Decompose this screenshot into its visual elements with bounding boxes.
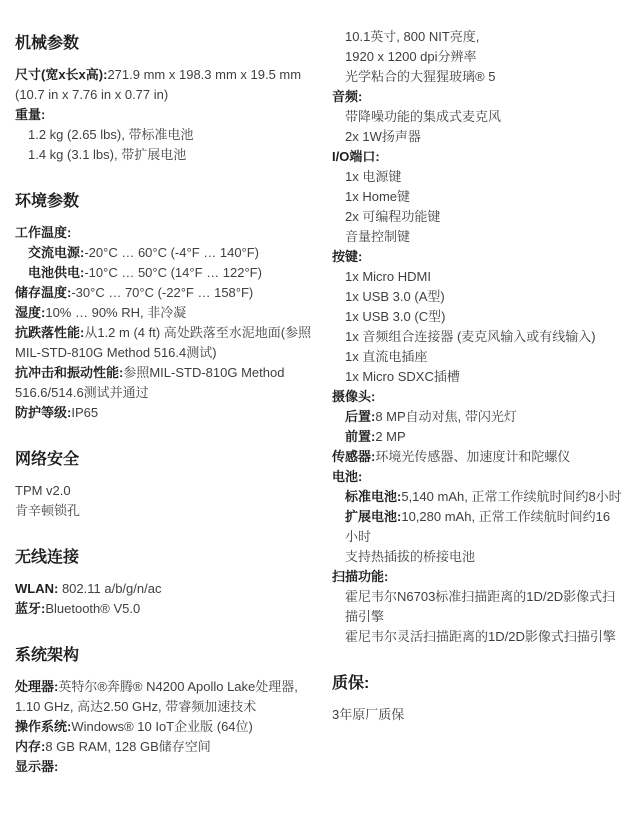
spec-line: 1.2 kg (2.65 lbs), 带标准电池 (15, 125, 317, 145)
spec-value: 英特尔®奔腾® N4200 Apollo Lake处理器, 1.10 GHz, … (15, 679, 298, 714)
spec-line: 3年原厂质保 (332, 705, 622, 725)
spec-label: 电池供电: (28, 265, 84, 280)
spec-line: 音频: (332, 87, 622, 107)
spec-label: 电池: (332, 469, 362, 484)
spec-value: Windows® 10 IoT企业版 (64位) (71, 719, 253, 734)
spec-label: 按键: (332, 249, 362, 264)
left-column: 机械参数尺寸(宽x长x高):271.9 mm x 198.3 mm x 19.5… (15, 0, 317, 777)
spec-line: 扩展电池:10,280 mAh, 正常工作续航时间约16小时 (332, 507, 622, 547)
spec-value: 1x Home键 (345, 189, 410, 204)
spec-line: 交流电源:-20°C … 60°C (-4°F … 140°F) (15, 243, 317, 263)
spec-line: 传感器:环境光传感器、加速度计和陀螺仪 (332, 447, 622, 467)
spec-value: -30°C … 70°C (-22°F … 158°F) (71, 285, 253, 300)
spec-label: 显示器: (15, 759, 58, 774)
section-heading: 机械参数 (15, 34, 317, 54)
spec-section: 10.1英寸, 800 NIT亮度,1920 x 1200 dpi分辨率光学粘合… (332, 27, 622, 647)
spec-line: 1x 电源键 (332, 167, 622, 187)
spec-label: 摄像头: (332, 389, 375, 404)
spec-line: 1.4 kg (3.1 lbs), 带扩展电池 (15, 145, 317, 165)
spec-value: 1x Micro HDMI (345, 269, 431, 284)
spec-label: WLAN: (15, 581, 58, 596)
spec-value: 5,140 mAh, 正常工作续航时间约8小时 (401, 489, 621, 504)
spec-label: 抗跌落性能: (15, 325, 84, 340)
spec-line: 抗冲击和振动性能:参照MIL-STD-810G Method 516.6/514… (15, 363, 317, 403)
spec-value: 8 MP自动对焦, 带闪光灯 (375, 409, 517, 424)
spec-label: 储存温度: (15, 285, 71, 300)
spec-line: 1x Home键 (332, 187, 622, 207)
spec-line: 音量控制键 (332, 227, 622, 247)
spec-value: 3年原厂质保 (332, 707, 404, 722)
spec-line: 摄像头: (332, 387, 622, 407)
spec-value: 1x 音频组合连接器 (麦克风输入或有线输入) (345, 329, 596, 344)
spec-line: 1x USB 3.0 (A型) (332, 287, 622, 307)
spec-value: 1920 x 1200 dpi分辨率 (345, 49, 477, 64)
spec-value: 环境光传感器、加速度计和陀螺仪 (375, 449, 570, 464)
spec-line: 内存:8 GB RAM, 128 GB储存空间 (15, 737, 317, 757)
spec-line: 防护等级:IP65 (15, 403, 317, 423)
spec-label: 操作系统: (15, 719, 71, 734)
spec-value: 10% … 90% RH, 非冷凝 (45, 305, 186, 320)
spec-label: I/O端口: (332, 149, 380, 164)
spec-line: 操作系统:Windows® 10 IoT企业版 (64位) (15, 717, 317, 737)
spec-value: -10°C … 50°C (14°F … 122°F) (84, 265, 262, 280)
spec-line: 尺寸(宽x长x高):271.9 mm x 198.3 mm x 19.5 mm … (15, 65, 317, 105)
spec-label: 处理器: (15, 679, 58, 694)
spec-label: 后置: (345, 409, 375, 424)
spec-section: 环境参数工作温度:交流电源:-20°C … 60°C (-4°F … 140°F… (15, 192, 317, 423)
spec-sheet-page: 机械参数尺寸(宽x长x高):271.9 mm x 198.3 mm x 19.5… (0, 0, 630, 825)
spec-value: 肯辛顿锁孔 (15, 503, 80, 518)
spec-line: 1920 x 1200 dpi分辨率 (332, 47, 622, 67)
spec-label: 防护等级: (15, 405, 71, 420)
section-heading: 环境参数 (15, 192, 317, 212)
spec-value: Bluetooth® V5.0 (45, 601, 140, 616)
spec-label: 蓝牙: (15, 601, 45, 616)
section-heading: 网络安全 (15, 450, 317, 470)
spec-label: 扩展电池: (345, 509, 401, 524)
spec-label: 音频: (332, 89, 362, 104)
spec-label: 扫描功能: (332, 569, 388, 584)
spec-value: 1.2 kg (2.65 lbs), 带标准电池 (28, 127, 193, 142)
spec-label: 工作温度: (15, 225, 71, 240)
spec-section: 系统架构处理器:英特尔®奔腾® N4200 Apollo Lake处理器, 1.… (15, 646, 317, 777)
spec-line: 带降噪功能的集成式麦克风 (332, 107, 622, 127)
spec-label: 前置: (345, 429, 375, 444)
spec-line: 电池供电:-10°C … 50°C (14°F … 122°F) (15, 263, 317, 283)
spec-value: 802.11 a/b/g/n/ac (58, 581, 161, 596)
spec-line: 2x 1W扬声器 (332, 127, 622, 147)
spec-line: 1x Micro SDXC插槽 (332, 367, 622, 387)
spec-value: 1x USB 3.0 (A型) (345, 289, 445, 304)
spec-label: 抗冲击和振动性能: (15, 365, 123, 380)
spec-value: 1x 电源键 (345, 169, 401, 184)
spec-label: 交流电源: (28, 245, 84, 260)
spec-value: IP65 (71, 405, 98, 420)
spec-line: 霍尼韦尔灵活扫描距离的1D/2D影像式扫描引擎 (332, 627, 622, 647)
spec-line: TPM v2.0 (15, 481, 317, 501)
section-heading: 无线连接 (15, 548, 317, 568)
spec-value: 音量控制键 (345, 229, 410, 244)
spec-line: 霍尼韦尔N6703标准扫描距离的1D/2D影像式扫描引擎 (332, 587, 622, 627)
spec-section: 无线连接WLAN: 802.11 a/b/g/n/ac蓝牙:Bluetooth®… (15, 548, 317, 619)
spec-line: 电池: (332, 467, 622, 487)
spec-line: 储存温度:-30°C … 70°C (-22°F … 158°F) (15, 283, 317, 303)
spec-line: 2x 可编程功能键 (332, 207, 622, 227)
spec-section: 网络安全TPM v2.0肯辛顿锁孔 (15, 450, 317, 521)
spec-value: 2 MP (375, 429, 405, 444)
spec-line: 前置:2 MP (332, 427, 622, 447)
spec-line: 工作温度: (15, 223, 317, 243)
spec-line: 抗跌落性能:从1.2 m (4 ft) 高处跌落至水泥地面(参照MIL-STD-… (15, 323, 317, 363)
spec-value: 8 GB RAM, 128 GB储存空间 (45, 739, 210, 754)
spec-line: 10.1英寸, 800 NIT亮度, (332, 27, 622, 47)
spec-line: 处理器:英特尔®奔腾® N4200 Apollo Lake处理器, 1.10 G… (15, 677, 317, 717)
spec-section: 质保:3年原厂质保 (332, 674, 622, 725)
spec-line: 按键: (332, 247, 622, 267)
spec-label: 内存: (15, 739, 45, 754)
section-heading: 质保: (332, 674, 622, 694)
spec-value: 带降噪功能的集成式麦克风 (345, 109, 501, 124)
spec-line: 标准电池:5,140 mAh, 正常工作续航时间约8小时 (332, 487, 622, 507)
spec-label: 传感器: (332, 449, 375, 464)
spec-value: 10.1英寸, 800 NIT亮度, (345, 29, 479, 44)
spec-value: 霍尼韦尔N6703标准扫描距离的1D/2D影像式扫描引擎 (345, 589, 615, 624)
spec-value: 1x Micro SDXC插槽 (345, 369, 460, 384)
spec-value: 1x 直流电插座 (345, 349, 427, 364)
spec-value: TPM v2.0 (15, 483, 71, 498)
spec-label: 重量: (15, 107, 45, 122)
spec-line: 后置:8 MP自动对焦, 带闪光灯 (332, 407, 622, 427)
spec-line: 1x 音频组合连接器 (麦克风输入或有线输入) (332, 327, 622, 347)
spec-value: 1x USB 3.0 (C型) (345, 309, 445, 324)
spec-line: WLAN: 802.11 a/b/g/n/ac (15, 579, 317, 599)
spec-line: 肯辛顿锁孔 (15, 501, 317, 521)
spec-value: 1.4 kg (3.1 lbs), 带扩展电池 (28, 147, 186, 162)
spec-line: 1x 直流电插座 (332, 347, 622, 367)
spec-value: 光学粘合的大猩猩玻璃® 5 (345, 69, 495, 84)
spec-value: 支持热插拔的桥接电池 (345, 549, 475, 564)
spec-value: -20°C … 60°C (-4°F … 140°F) (84, 245, 259, 260)
spec-value: 霍尼韦尔灵活扫描距离的1D/2D影像式扫描引擎 (345, 629, 616, 644)
spec-label: 标准电池: (345, 489, 401, 504)
spec-line: 蓝牙:Bluetooth® V5.0 (15, 599, 317, 619)
spec-line: 湿度:10% … 90% RH, 非冷凝 (15, 303, 317, 323)
spec-line: 1x USB 3.0 (C型) (332, 307, 622, 327)
spec-label: 尺寸(宽x长x高): (15, 67, 107, 82)
spec-line: 重量: (15, 105, 317, 125)
spec-section: 机械参数尺寸(宽x长x高):271.9 mm x 198.3 mm x 19.5… (15, 34, 317, 165)
spec-line: 显示器: (15, 757, 317, 777)
spec-line: 光学粘合的大猩猩玻璃® 5 (332, 67, 622, 87)
right-column: 10.1英寸, 800 NIT亮度,1920 x 1200 dpi分辨率光学粘合… (332, 0, 622, 725)
spec-value: 2x 1W扬声器 (345, 129, 421, 144)
spec-line: 支持热插拔的桥接电池 (332, 547, 622, 567)
spec-line: 扫描功能: (332, 567, 622, 587)
section-heading: 系统架构 (15, 646, 317, 666)
spec-line: 1x Micro HDMI (332, 267, 622, 287)
spec-label: 湿度: (15, 305, 45, 320)
spec-value: 2x 可编程功能键 (345, 209, 440, 224)
spec-line: I/O端口: (332, 147, 622, 167)
